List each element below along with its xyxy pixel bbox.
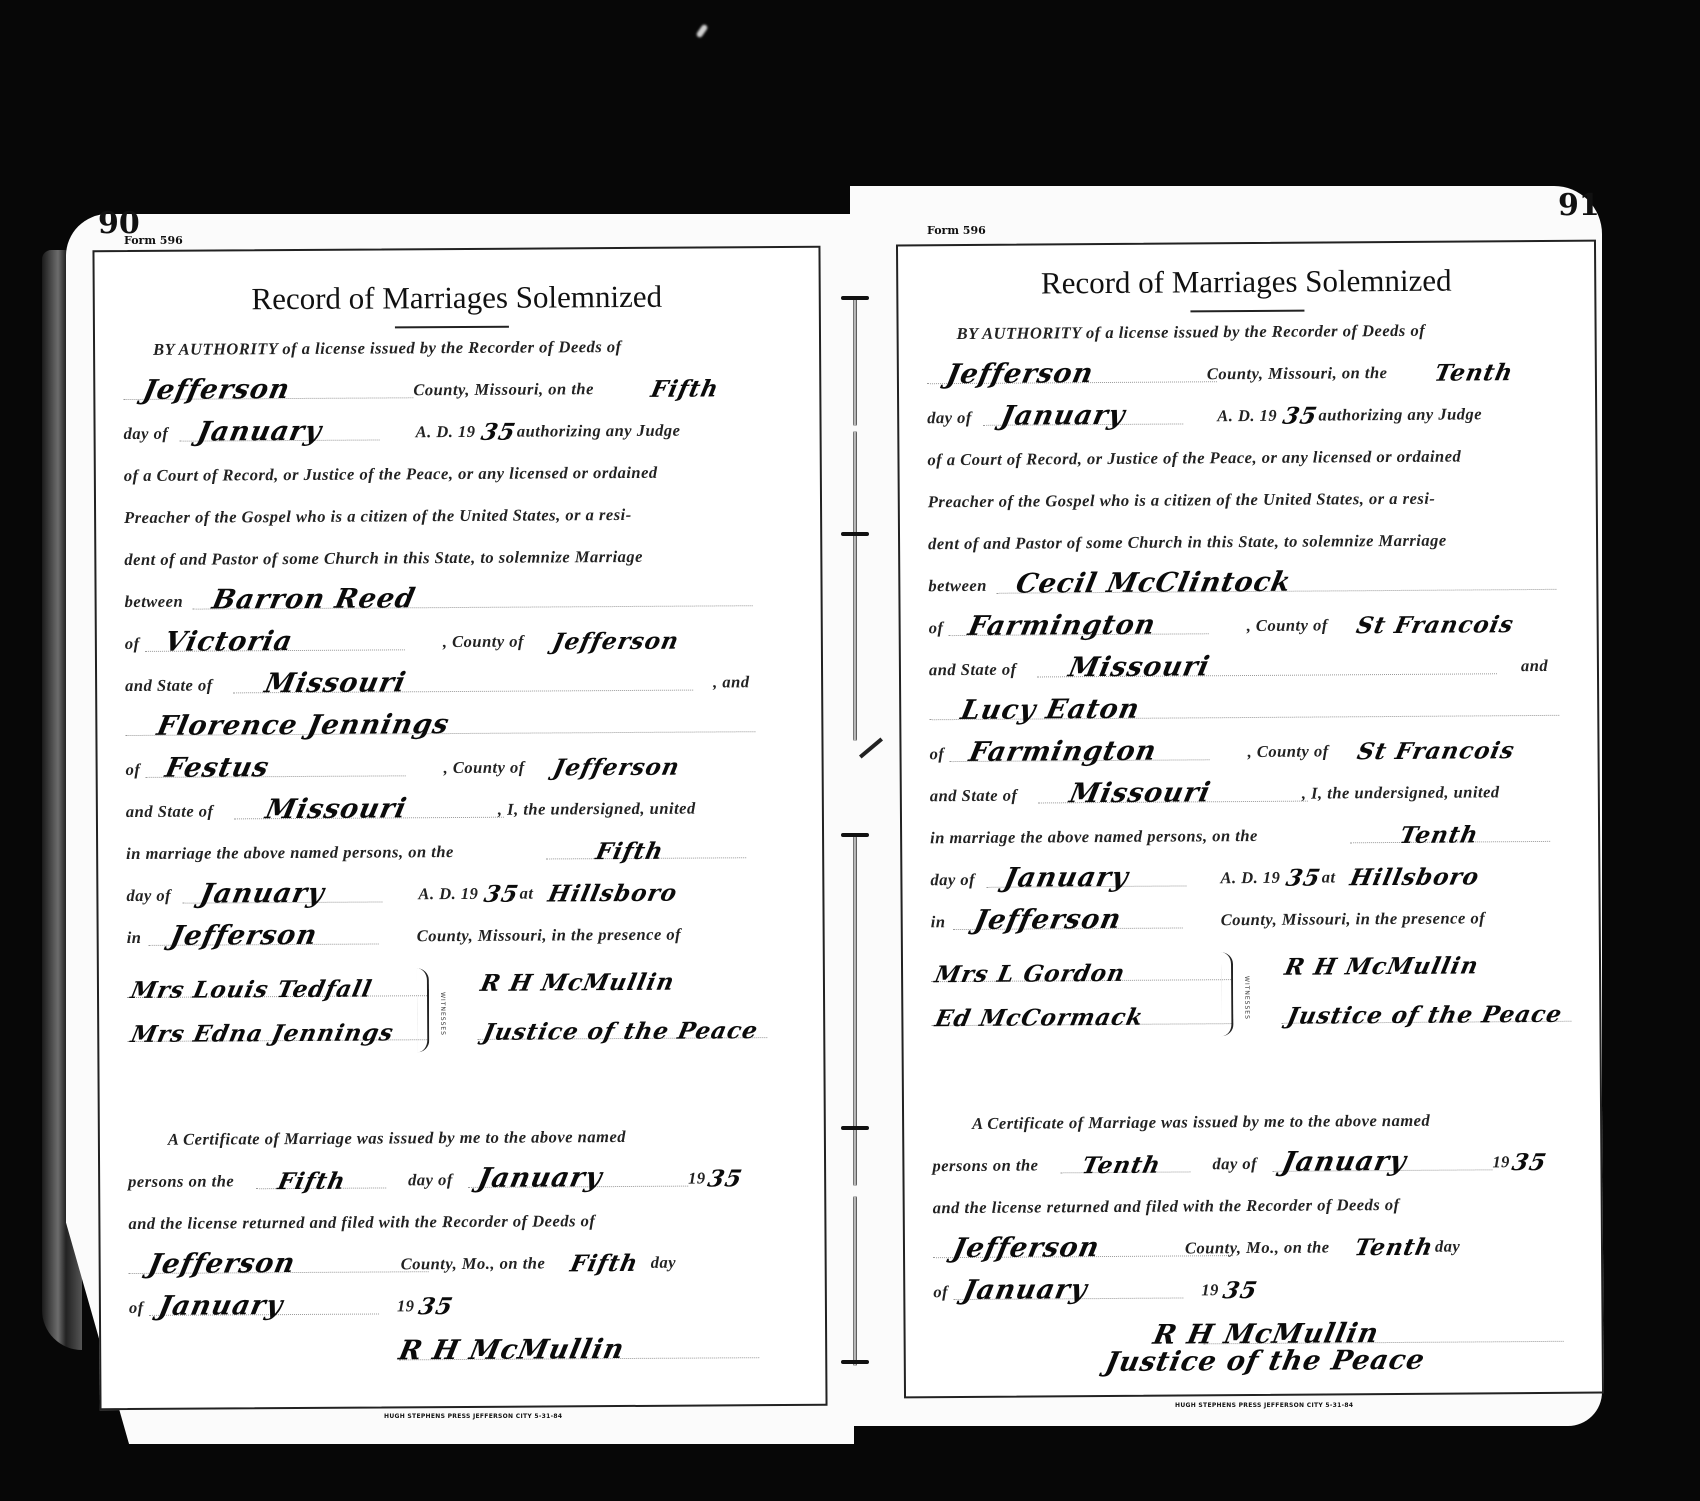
form-line: Lucy Eaton [929,682,1579,727]
form-line: ofJanuary1935 [129,1278,807,1322]
handwritten-entry: St Francois [1355,737,1517,765]
form-line: and State ofMissouri, I, the undersigned… [126,782,804,826]
printed-label: A Certificate of Marriage was issued by … [168,1127,626,1150]
form-line: JeffersonCounty, Mo., on theTenthday [933,1220,1583,1265]
handwritten-entry: 35 [1221,1277,1261,1304]
form-line: A Certificate of Marriage was issued by … [128,1110,806,1154]
handwritten-entry: January [998,400,1128,432]
form-line: of a Court of Record, or Justice of the … [124,446,802,490]
form-line: and State ofMissouri, I, the undersigned… [930,766,1580,811]
printed-label: in [127,928,142,948]
form-line: day ofJanuaryA. D. 1935, atHillsboro [930,850,1580,895]
printed-label: County, Missouri, on the [413,379,594,400]
handwritten-entry: Fifth [275,1168,348,1195]
handwritten-entry: Fifth [593,838,666,865]
form-line: dent of and Pastor of some Church in thi… [124,530,802,574]
handwritten-entry: Hillsboro [546,880,680,908]
handwritten-entry: January [475,1162,605,1194]
witness-brace [417,968,430,1052]
form-line: of a Court of Record, or Justice of the … [927,430,1577,475]
handwritten-entry: Tenth [1432,359,1516,387]
printed-label: County, Mo., on the [401,1253,546,1274]
form-line: betweenCecil McClintock [928,556,1578,601]
printed-label: , authorizing any Judge [1309,404,1482,425]
printed-label: and the license returned and filed with … [128,1211,595,1234]
witness-brace [1221,952,1234,1036]
printed-label: County, Missouri, in the presence of [1221,908,1486,930]
form-line: day ofJanuaryA. D. 1935, authorizing any… [123,404,801,448]
printed-label: 19 [1492,1152,1510,1172]
handwritten-entry: January [1279,1146,1409,1178]
printed-label: and [1521,656,1548,676]
handwritten-entry: Jefferson [145,1248,298,1280]
form-line: Preacher of the Gospel who is a citizen … [928,472,1578,517]
handwritten-entry: Justice of the Peace [1285,1001,1565,1030]
handwritten-entry: Mrs Louis Tedfall [128,976,375,1005]
form-line: Ed McCormackJustice of the Peace [931,988,1581,1033]
printed-label: A. D. 19 [1220,868,1280,888]
form-line: JeffersonCounty, Missouri, on theFifth [123,362,801,406]
form-line: Preacher of the Gospel who is a citizen … [124,488,802,532]
handwritten-entry: Mrs Edna Jennings [128,1019,396,1048]
printed-label: day of [927,408,972,428]
printed-label: day of [930,870,975,890]
printed-label: , I, the undersigned, united [1302,782,1500,803]
right-page-number: 91 [1558,188,1600,223]
printed-label: of [933,1282,948,1302]
printed-label: , and [713,672,750,692]
signature-title: Justice of the Peace [1103,1345,1428,1378]
printed-label: of [929,744,944,764]
left-form-number: Form 596 [124,234,183,247]
handwritten-entry: Jefferson [972,904,1125,936]
handwritten-entry: Mrs L Gordon [932,960,1128,988]
handwritten-entry: January [194,416,324,448]
printed-label: A. D. 19 [416,422,476,442]
handwritten-entry: Jefferson [944,358,1097,390]
printed-label: day of [408,1170,453,1190]
handwritten-entry: Jefferson [167,920,320,952]
printed-label: , County of [443,632,524,652]
printed-label: Preacher of the Gospel who is a citizen … [124,505,632,528]
printed-label: of [125,634,140,654]
right-marriage-record: Record of Marriages Solemnized BY AUTHOR… [896,240,1604,1399]
handwritten-entry: Tenth [1352,1234,1436,1262]
printed-label: between [125,592,184,612]
handwritten-entry: Lucy Eaton [958,694,1143,726]
handwritten-entry: Hillsboro [1348,863,1482,891]
printed-label: 19 [688,1169,706,1189]
handwritten-entry: R H McMullin [396,1334,627,1366]
officiant-signature: R H McMullin [478,969,677,997]
handwritten-entry: Cecil McClintock [1013,567,1294,600]
printed-label: County, Missouri, on the [1207,363,1388,384]
form-line: BY AUTHORITY of a license issued by the … [926,304,1576,349]
handwritten-entry: Missouri [262,667,409,699]
handwritten-entry: January [960,1274,1090,1306]
form-line: ofFarmington, County ofSt Francois [928,598,1578,643]
form-line: day ofJanuaryA. D. 1935, authorizing any… [927,388,1577,433]
handwritten-entry: Barron Reed [209,583,418,615]
printed-label: day of [124,424,169,444]
printed-label: A. D. 19 [1217,406,1277,426]
form-line: ofJanuary1935 [933,1262,1583,1307]
printed-label: BY AUTHORITY of a license issued by the … [153,337,622,360]
printed-label: dent of and Pastor of some Church in thi… [124,547,643,570]
witnesses-label: WITNESSES [439,992,446,1036]
form-line: Mrs L Gordon [931,944,1581,989]
right-form-number: Form 596 [927,224,986,237]
printer-imprint: Hugh Stephens Press Jefferson City 5-31-… [384,1413,562,1420]
printer-imprint: Hugh Stephens Press Jefferson City 5-31-… [1175,1402,1353,1409]
handwritten-entry: Jefferson [550,628,682,656]
form-line: R H McMullin [129,1324,807,1368]
handwritten-entry: January [1001,862,1131,894]
printed-label: , County of [1247,615,1328,636]
form-line: JeffersonCounty, Missouri, on theTenth [927,346,1577,391]
printed-label: BY AUTHORITY of a license issued by the … [957,321,1426,344]
handwritten-entry: Jefferson [551,754,683,782]
printed-label: , authorizing any Judge [508,421,681,442]
form-line: day ofJanuaryA. D. 1935, atHillsboro [126,866,804,910]
form-line: dent of and Pastor of some Church in thi… [928,514,1578,559]
printed-label: persons on the [932,1155,1038,1176]
printed-label: 19 [1201,1280,1219,1300]
handwritten-entry: Justice of the Peace [480,1017,760,1046]
printed-label: Preacher of the Gospel who is a citizen … [928,489,1436,513]
printed-label: persons on the [128,1171,234,1192]
printed-label: , at [1312,867,1335,887]
form-line: Florence Jennings [125,698,803,742]
printed-label: in [931,912,946,932]
printed-label: and State of [125,676,213,697]
form-line: in marriage the above named persons, on … [126,824,804,868]
record-title: Record of Marriages Solemnized [95,278,819,318]
form-line: ofVictoria, County ofJefferson [125,614,803,658]
printed-label: and State of [930,786,1018,807]
officiant-signature: R H McMullin [1282,952,1481,980]
handwritten-entry: Jefferson [140,374,293,406]
form-line: Mrs Louis Tedfall [127,960,805,1004]
handwritten-entry: January [197,878,327,910]
handwritten-entry: Fifth [568,1250,641,1277]
form-line: in marriage the above named persons, on … [930,808,1580,853]
printed-label: dent of and Pastor of some Church in thi… [928,531,1447,555]
printed-label: and State of [929,660,1017,681]
handwritten-entry: January [156,1290,286,1322]
printed-label: , County of [1247,741,1328,762]
printed-label: A Certificate of Marriage was issued by … [972,1111,1430,1134]
printed-label: 19 [397,1296,415,1316]
form-line: betweenBarron Reed [124,572,802,616]
printed-label: in marriage the above named persons, on … [930,826,1258,848]
handwritten-entry: Jefferson [950,1232,1103,1264]
witnesses-label: WITNESSES [1243,976,1250,1020]
handwritten-entry: 35 [1510,1149,1550,1176]
printed-label: A. D. 19 [418,884,478,904]
handwritten-entry: 35 [705,1165,745,1192]
form-line: inJeffersonCounty, Missouri, in the pres… [127,908,805,952]
handwritten-entry: Fifth [649,375,722,402]
form-line: BY AUTHORITY of a license issued by the … [123,320,801,364]
handwritten-entry: Florence Jennings [154,709,452,742]
form-line: inJeffersonCounty, Missouri, in the pres… [931,892,1581,937]
printed-label: and the license returned and filed with … [933,1195,1400,1218]
handwritten-entry: Festus [162,752,272,784]
form-line: persons on theFifthday ofJanuary1935 [128,1152,806,1196]
handwritten-entry: Missouri [1067,777,1214,809]
printed-label: day [651,1253,676,1273]
printed-label: , at [510,884,533,904]
handwritten-entry: Victoria [162,626,296,658]
printed-label: County, Missouri, in the presence of [417,925,682,947]
printed-label: of a Court of Record, or Justice of the … [927,447,1461,471]
left-marriage-record: Record of Marriages Solemnized BY AUTHOR… [92,246,827,1410]
form-line: JeffersonCounty, Mo., on theFifthday [129,1236,807,1280]
form-line: ofFestus, County ofJefferson [125,740,803,784]
handwritten-entry: Missouri [1066,651,1213,683]
printed-label: day of [1212,1154,1257,1174]
handwritten-entry: Tenth [1080,1152,1164,1180]
printed-label: , County of [444,758,525,778]
handwritten-entry: Farmington [965,610,1158,642]
record-title: Record of Marriages Solemnized [898,262,1594,303]
printed-label: in marriage the above named persons, on … [126,842,454,864]
printed-label: of [126,760,141,780]
printed-label: of a Court of Record, or Justice of the … [124,463,658,486]
form-line: ofFarmington, County ofSt Francois [929,724,1579,769]
printed-label: day of [126,886,171,906]
form-line: Mrs Edna JenningsJustice of the Peace [127,1004,805,1048]
form-line: and State ofMissouriand [929,640,1579,685]
handwritten-entry: Missouri [263,793,410,825]
dust-speck [696,24,709,39]
handwritten-entry: 35 [416,1293,456,1320]
printed-label: of [129,1298,144,1318]
form-line: and the license returned and filed with … [933,1178,1583,1223]
handwritten-entry: St Francois [1354,611,1516,639]
printed-label: and State of [126,802,214,823]
form-line: and the license returned and filed with … [128,1194,806,1238]
form-line: A Certificate of Marriage was issued by … [932,1094,1582,1139]
printed-label: County, Mo., on the [1185,1237,1330,1258]
printed-label: day [1435,1237,1460,1257]
printed-label: between [928,576,987,596]
binding-stitches [851,296,859,1364]
form-line: and State ofMissouri, and [125,656,803,700]
handwritten-entry: Farmington [966,736,1159,768]
form-line: persons on theTenthday ofJanuary1935 [932,1136,1582,1181]
printed-label: of [929,618,944,638]
printed-label: , I, the undersigned, united [498,799,696,820]
handwritten-entry: Ed McCormack [933,1004,1147,1032]
handwritten-entry: Tenth [1397,821,1481,849]
